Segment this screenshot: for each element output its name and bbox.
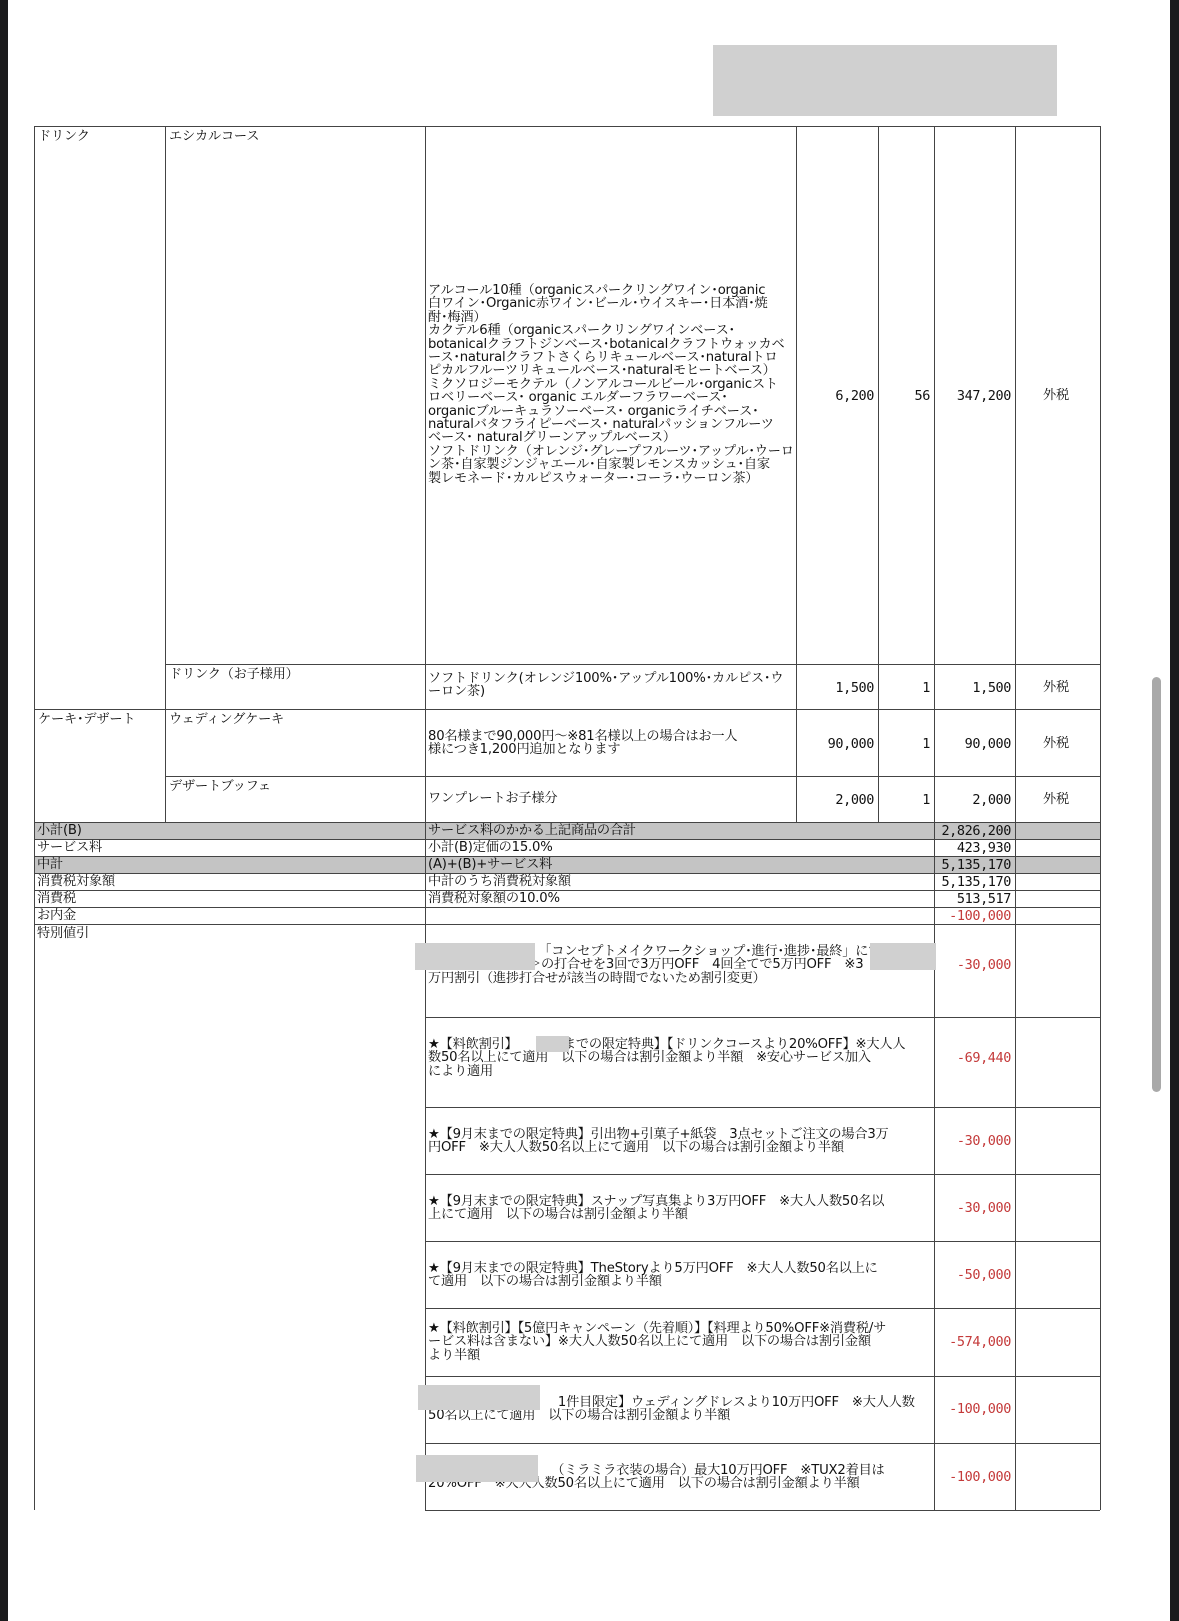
row-tax-type: 外税 — [1043, 389, 1069, 402]
row-unit-price: 2,000 — [796, 792, 874, 808]
row-quantity: 1 — [878, 680, 930, 696]
discount-description: ★【料飲割引】 までの限定特典】【ドリンクコースより20%OFF】※大人人 数5… — [428, 1038, 938, 1078]
summary-note: (A)+(B)+サービス料 — [428, 858, 552, 871]
row-tax-type: 外税 — [1043, 793, 1069, 806]
redacted-header-block — [713, 45, 1057, 116]
redacted-text — [870, 943, 936, 970]
table-rule-v — [1015, 822, 1016, 1510]
table-rule-v — [878, 126, 879, 822]
summary-amount: 423,930 — [934, 840, 1011, 856]
summary-amount: 2,826,200 — [934, 823, 1011, 839]
table-rule-h — [425, 1376, 1100, 1377]
table-rule-h — [425, 1443, 1100, 1444]
discount-description: ★【料飲割引】【5億円キャンペーン（先着順）】【料理より50%OFF※消費税/サ… — [428, 1322, 938, 1362]
redacted-text — [536, 1036, 569, 1052]
row-unit-price: 90,000 — [796, 736, 874, 752]
summary-label: サービス料 — [37, 841, 102, 854]
summary-amount: 513,517 — [934, 891, 1011, 907]
table-rule-v — [1100, 126, 1101, 822]
table-rule-h — [425, 1174, 1100, 1175]
table-rule-h — [34, 924, 1100, 925]
row-tax-type: 外税 — [1043, 737, 1069, 750]
table-rule-h — [425, 1107, 1100, 1108]
table-rule-h — [165, 664, 1100, 665]
row-item-name: エシカルコース — [169, 130, 259, 143]
redacted-text — [415, 943, 535, 970]
table-rule-v — [796, 126, 797, 822]
row-category: ケーキ･デザート — [38, 713, 135, 726]
discount-amount: -100,000 — [934, 1401, 1011, 1417]
table-rule-v — [165, 126, 166, 822]
summary-label: 中計 — [37, 858, 63, 871]
redacted-text — [416, 1455, 538, 1482]
row-unit-price: 1,500 — [796, 680, 874, 696]
row-item-name: デザートブッフェ — [169, 780, 271, 793]
row-quantity: 1 — [878, 792, 930, 808]
discount-amount: -30,000 — [934, 1200, 1011, 1216]
discount-amount: -50,000 — [934, 1267, 1011, 1283]
discount-section-label: 特別値引 — [37, 927, 89, 940]
summary-note: 小計(B)定価の15.0% — [428, 841, 553, 854]
row-quantity: 1 — [878, 736, 930, 752]
summary-label: 消費税 — [37, 892, 76, 905]
discount-amount: -69,440 — [934, 1050, 1011, 1066]
row-amount: 1,500 — [934, 680, 1011, 696]
vertical-scrollbar-thumb[interactable] — [1152, 677, 1161, 1092]
summary-note: 消費税対象額の10.0% — [428, 892, 560, 905]
table-rule-h — [425, 1308, 1100, 1309]
summary-note: 中計のうち消費税対象額 — [428, 875, 571, 888]
row-description: ソフトドリンク(オレンジ100%･アップル100%･カルピス･ウ ーロン茶) — [428, 672, 798, 699]
summary-label: お内金 — [37, 909, 76, 922]
row-item-name: ウェディングケーキ — [169, 713, 284, 726]
summary-note: サービス料のかかる上記商品の合計 — [428, 824, 636, 837]
discount-amount: -30,000 — [934, 957, 1011, 973]
row-description: アルコール10種（organicスパークリングワイン･organic 白ワイン･… — [428, 284, 798, 485]
row-amount: 2,000 — [934, 792, 1011, 808]
row-amount: 347,200 — [934, 388, 1011, 404]
estimate-page: ドリンクエシカルコースアルコール10種（organicスパークリングワイン･or… — [8, 0, 1170, 1621]
table-rule-v — [425, 126, 426, 822]
discount-amount: -574,000 — [934, 1334, 1011, 1350]
discount-description: ★【9月末までの限定特典】TheStoryより5万円OFF ※大人人数50名以上… — [428, 1262, 938, 1289]
table-rule-v — [1015, 126, 1016, 822]
row-category: ドリンク — [38, 130, 90, 143]
discount-amount: -30,000 — [934, 1133, 1011, 1149]
table-rule-h — [34, 126, 1100, 127]
table-rule-h — [34, 709, 1100, 710]
table-rule-h — [165, 776, 1100, 777]
table-rule-h — [425, 1017, 1100, 1018]
row-tax-type: 外税 — [1043, 681, 1069, 694]
row-quantity: 56 — [878, 388, 930, 404]
table-rule-v — [1100, 822, 1101, 1510]
row-item-name: ドリンク（お子様用） — [169, 668, 299, 681]
summary-amount: -100,000 — [934, 908, 1011, 924]
table-rule-v — [934, 126, 935, 822]
row-description: 80名様まで90,000円～※81名様以上の場合はお一人 様につき1,200円追… — [428, 730, 798, 757]
discount-amount: -100,000 — [934, 1469, 1011, 1485]
row-unit-price: 6,200 — [796, 388, 874, 404]
table-rule-h — [425, 1510, 1100, 1511]
table-rule-v — [34, 126, 35, 822]
summary-amount: 5,135,170 — [934, 874, 1011, 890]
table-rule-v — [34, 822, 35, 1510]
summary-amount: 5,135,170 — [934, 857, 1011, 873]
summary-label: 小計(B) — [37, 824, 82, 837]
discount-description: ★【9月末までの限定特典】引出物+引菓子+紙袋 3点セットご注文の場合3万 円O… — [428, 1128, 938, 1155]
row-amount: 90,000 — [934, 736, 1011, 752]
row-description: ワンプレートお子様分 — [428, 792, 798, 805]
discount-description: ★【9月末までの限定特典】スナップ写真集より3万円OFF ※大人人数50名以 上… — [428, 1195, 938, 1222]
redacted-text — [418, 1385, 540, 1410]
summary-label: 消費税対象額 — [37, 875, 115, 888]
table-rule-h — [425, 1241, 1100, 1242]
